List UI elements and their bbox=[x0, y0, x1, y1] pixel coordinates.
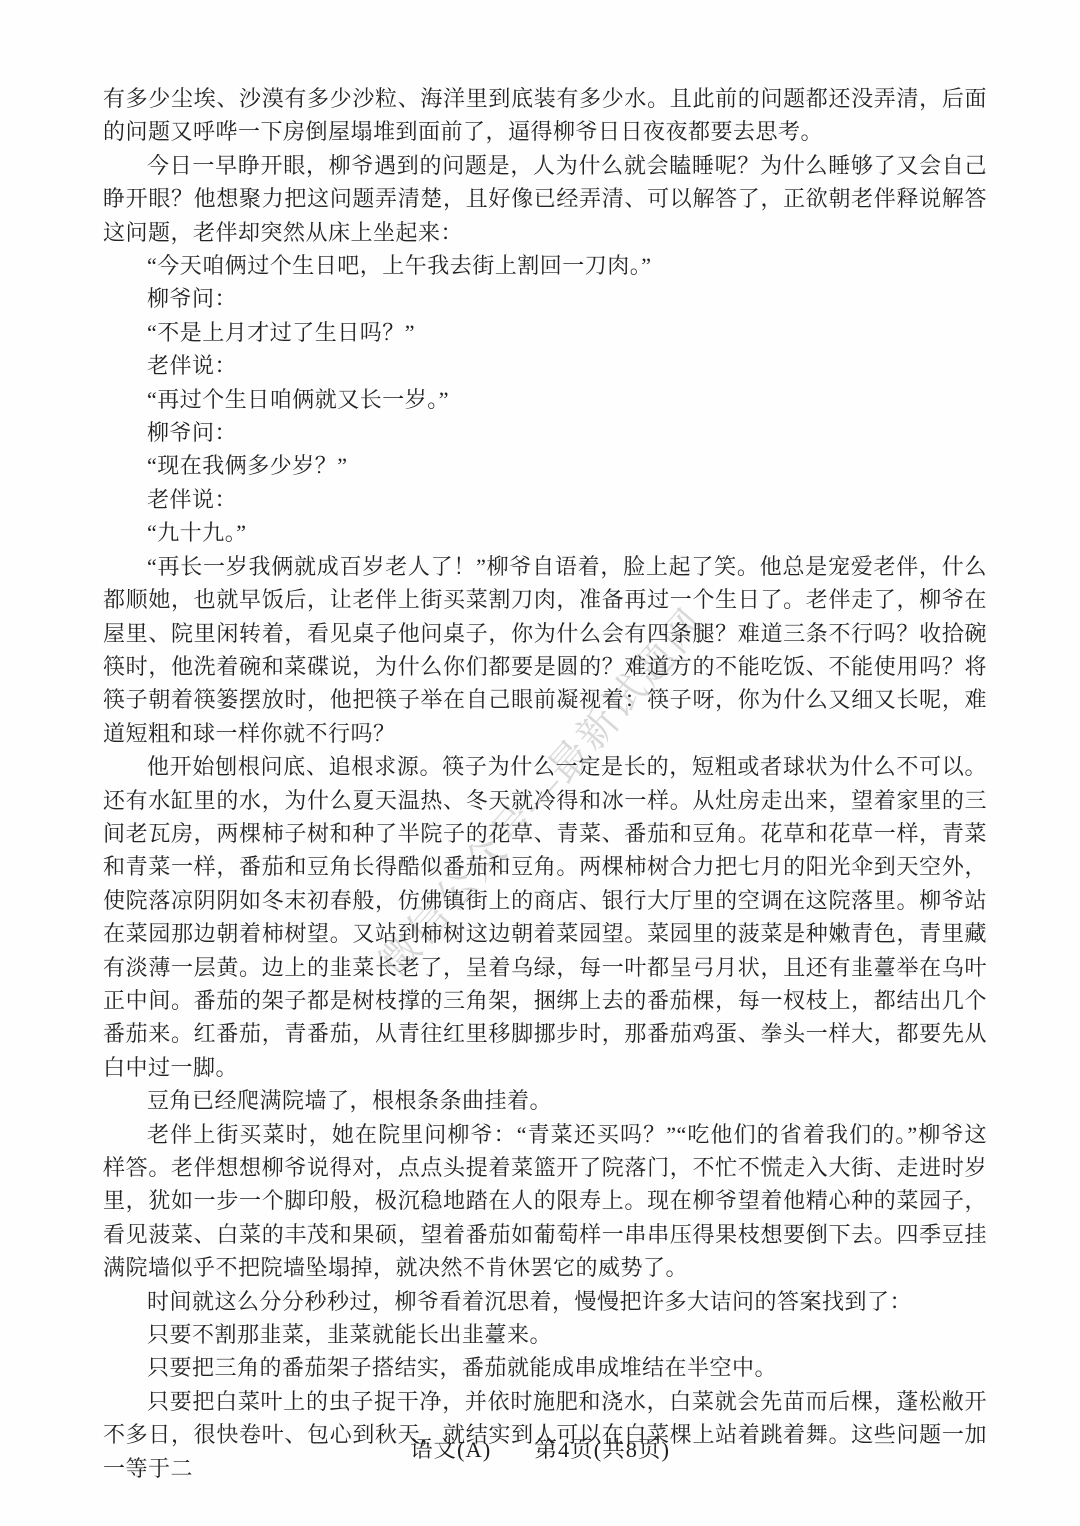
paragraph: “现在我俩多少岁？” bbox=[103, 449, 987, 482]
paragraph: 老伴说： bbox=[103, 349, 987, 382]
paragraph: “再过个生日咱俩就又长一岁。” bbox=[103, 383, 987, 416]
paragraph: 柳爷问： bbox=[103, 416, 987, 449]
page-footer: 语文(A) 第4页(共8页) bbox=[0, 1432, 1080, 1464]
paragraph: 柳爷问： bbox=[103, 282, 987, 315]
paragraph: 只要把三角的番茄架子搭结实，番茄就能成串成堆结在半空中。 bbox=[103, 1351, 987, 1384]
paragraph: “今天咱俩过个生日吧，上午我去街上割回一刀肉。” bbox=[103, 249, 987, 282]
paragraph: 时间就这么分分秒秒过，柳爷看着沉思着，慢慢把许多大诘问的答案找到了： bbox=[103, 1285, 987, 1318]
paragraph: “不是上月才过了生日吗？” bbox=[103, 316, 987, 349]
paragraph: “再长一岁我俩就成百岁老人了！”柳爷自语着，脸上起了笑。他总是宠爱老伴，什么都顺… bbox=[103, 550, 987, 750]
footer-subject: 语文(A) bbox=[410, 1437, 491, 1462]
paragraph: 只要不割那韭菜，韭菜就能长出韭薹来。 bbox=[103, 1318, 987, 1351]
paragraph: 老伴说： bbox=[103, 483, 987, 516]
paragraph: 豆角已经爬满院墙了，根根条条曲挂着。 bbox=[103, 1084, 987, 1117]
paragraph: “九十九。” bbox=[103, 516, 987, 549]
paragraph: 老伴上街买菜时，她在院里问柳爷：“青菜还买吗？”“吃他们的省着我们的。”柳爷这样… bbox=[103, 1118, 987, 1285]
passage-body: 有多少尘埃、沙漠有多少沙粒、海洋里到底装有多少水。且此前的问题都还没弄清，后面的… bbox=[103, 82, 987, 1485]
paragraph: 有多少尘埃、沙漠有多少沙粒、海洋里到底装有多少水。且此前的问题都还没弄清，后面的… bbox=[103, 82, 987, 149]
footer-page-info: 第4页(共8页) bbox=[534, 1437, 670, 1462]
paragraph: 今日一早睁开眼，柳爷遇到的问题是，人为什么就会瞌睡呢？为什么睡够了又会自己睁开眼… bbox=[103, 149, 987, 249]
exam-paper-page: 微信公众号—最新试题网 有多少尘埃、沙漠有多少沙粒、海洋里到底装有多少水。且此前… bbox=[0, 0, 1080, 1526]
paragraph: 他开始刨根问底、追根求源。筷子为什么一定是长的，短粗或者球状为什么不可以。还有水… bbox=[103, 750, 987, 1084]
